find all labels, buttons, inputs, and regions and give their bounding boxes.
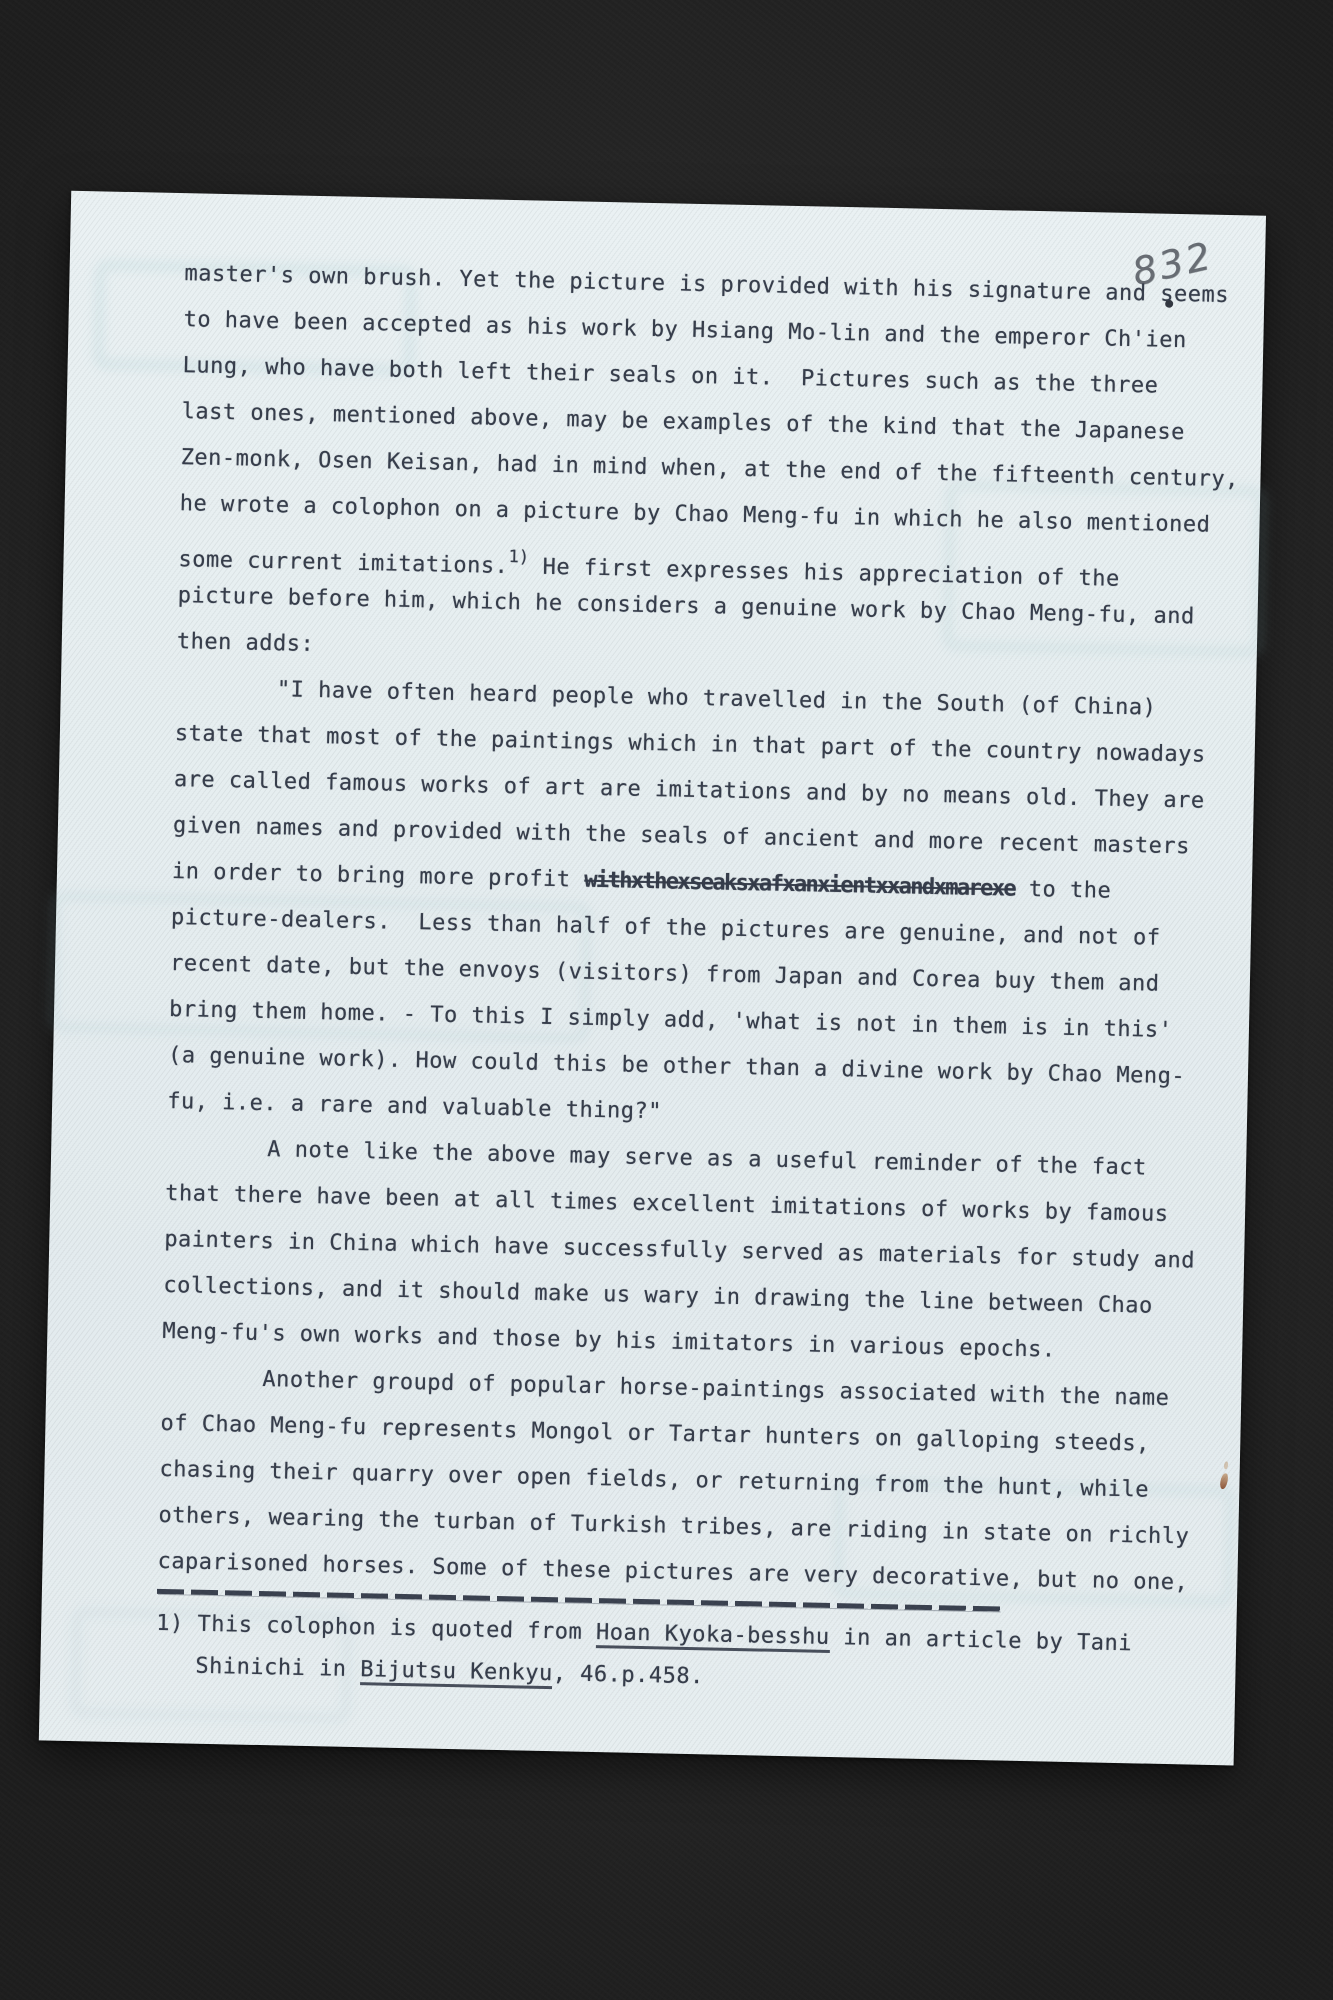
text-segment: Shinichi in: [195, 1654, 360, 1682]
text-segment: in an article by Tani: [829, 1625, 1132, 1656]
underlined-title: Bijutsu Kenkyu: [360, 1657, 553, 1689]
typewritten-body: master's own brush. Yet the picture is p…: [157, 251, 1277, 1608]
underlined-title: Hoan Kyoka-besshu: [596, 1620, 830, 1653]
text-segment: , 46.p.458.: [552, 1661, 704, 1689]
text-segment: 1) This colophon is quoted from: [156, 1611, 596, 1645]
document-page: 832 master's own brush. Yet the picture …: [39, 191, 1266, 1766]
typed-over-strikeout: withxthexseaksxafxanxientxxandxmarexe: [584, 868, 1015, 902]
footnote: 1) This colophon is quoted from Hoan Kyo…: [155, 1589, 1249, 1710]
text-segment: to the: [1015, 877, 1112, 904]
footnote-reference: 1): [508, 547, 529, 567]
text-segment: in order to bring more profit: [172, 859, 585, 893]
photographed-document-background: { "colors": { "background": "#262626", "…: [0, 0, 1333, 2000]
